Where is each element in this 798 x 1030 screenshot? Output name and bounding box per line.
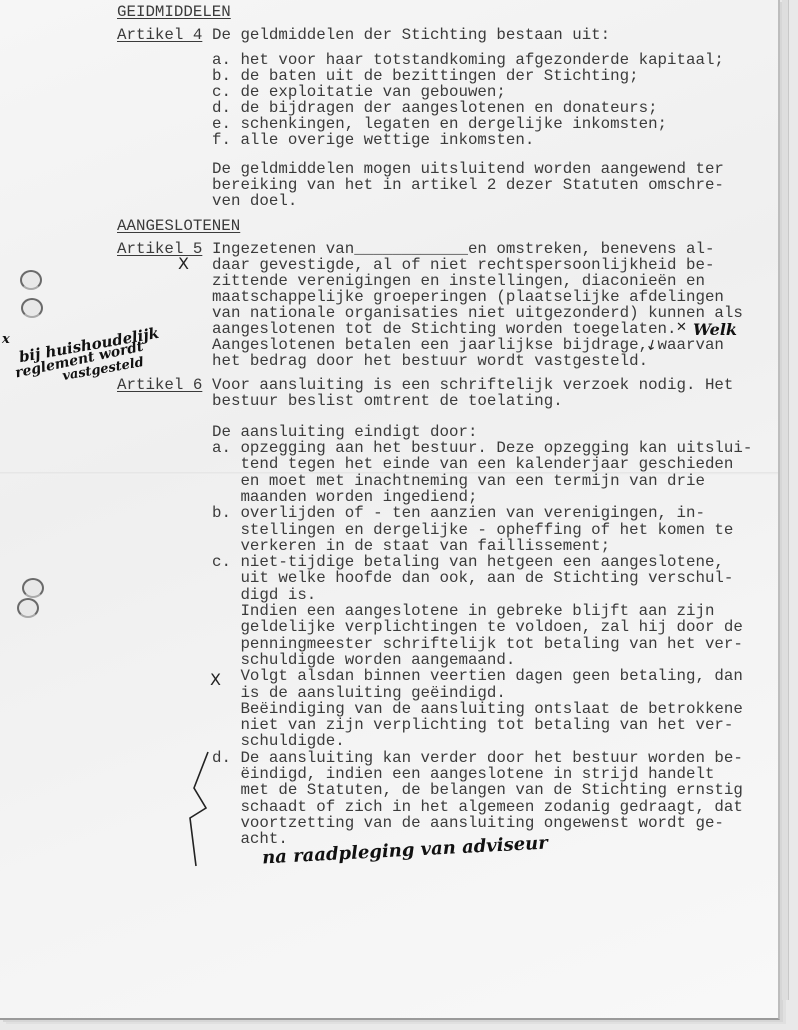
list-item: stellingen en dergelijke - opheffing of … xyxy=(212,522,733,538)
list-item: uit welke hoofde dan ook, aan de Stichti… xyxy=(212,570,733,586)
text-line: ven doel. xyxy=(212,193,297,209)
list-item: tend tegen het einde van een kalenderjaa… xyxy=(212,456,733,472)
handwritten-x-mark: X xyxy=(178,254,189,273)
list-item: c. niet-tijdige betaling van hetgeen een… xyxy=(212,554,724,570)
list-item: d. De aansluiting kan verder door het be… xyxy=(212,750,743,766)
handwritten-margin-x: x xyxy=(2,332,10,347)
handwritten-insert-word: Welk xyxy=(693,320,737,339)
list-item: maanden worden ingediend; xyxy=(212,489,477,505)
punch-hole xyxy=(20,270,42,290)
text-line: De geldmiddelen mogen uitsluitend worden… xyxy=(212,161,724,177)
list-item: a. opzegging aan het bestuur. Deze opzeg… xyxy=(212,440,752,456)
list-item: a. het voor haar totstandkoming afgezond… xyxy=(212,52,724,68)
page-edge xyxy=(782,0,789,1000)
list-item: c. de exploitatie van gebouwen; xyxy=(212,84,506,100)
handwritten-check-mark: X xyxy=(210,670,221,689)
punch-hole xyxy=(22,578,44,598)
list-item: en moet met inachtneming van een termijn… xyxy=(212,473,705,489)
text-line: zittende verenigingen en instellingen, d… xyxy=(212,273,705,289)
list-item: verkeren in de staat van faillissement; xyxy=(212,538,610,554)
list-item: e. schenkingen, legaten en dergelijke in… xyxy=(212,116,667,132)
list-item: Beëindiging van de aansluiting ontslaat … xyxy=(212,701,743,717)
punch-hole xyxy=(21,298,43,318)
list-item: penningmeester schriftelijk tot betaling… xyxy=(212,636,743,652)
list-item: schuldigde worden aangemaand. xyxy=(212,652,515,668)
list-item: Indien een aangeslotene in gebreke blijf… xyxy=(212,603,714,619)
text-line: Voor aansluiting is een schriftelijk ver… xyxy=(212,377,733,393)
punch-hole xyxy=(17,598,39,618)
list-item: f. alle overige wettige inkomsten. xyxy=(212,132,534,148)
section-heading-geldmiddelen: GEIDMIDDELEN xyxy=(117,4,231,20)
handwritten-bracket xyxy=(184,748,214,868)
list-item: d. de bijdragen der aangeslotenen en don… xyxy=(212,100,658,116)
article-6-label: Artikel 6 xyxy=(117,377,202,393)
text-line: maatschappelijke groeperingen (plaatseli… xyxy=(212,289,724,305)
handwritten-insert-mark: ✕ xyxy=(676,320,687,335)
list-item: met de Statuten, de belangen van de Stic… xyxy=(212,782,743,798)
text-line: van nationale organisaties niet uitgezon… xyxy=(212,305,743,321)
text-line: bereiking van het in artikel 2 dezer Sta… xyxy=(212,177,724,193)
list-item: schuldigde. xyxy=(212,733,345,749)
list-item: schaadt of zich in het algemeen zodanig … xyxy=(212,799,743,815)
list-item: niet van zijn verplichting tot betaling … xyxy=(212,717,733,733)
list-item: voortzetting van de aansluiting ongewens… xyxy=(212,815,724,831)
article-4-label: Artikel 4 xyxy=(117,27,202,43)
article-4-intro: De geldmiddelen der Stichting bestaan ui… xyxy=(212,27,610,43)
list-item: digd is. xyxy=(212,587,316,603)
text-line: daar gevestigde, al of niet rechtspersoo… xyxy=(212,257,714,273)
list-item: acht. xyxy=(212,831,288,847)
list-item: geldelijke verplichtingen te voldoen, za… xyxy=(212,619,743,635)
list-item: ëindigd, indien een aangeslotene in stri… xyxy=(212,766,714,782)
text-line: Ingezetenen van____________en omstreken,… xyxy=(212,241,714,257)
article-6-sub-intro: De aansluiting eindigt door: xyxy=(212,424,477,440)
text-line: het bedrag door het bestuur wordt vastge… xyxy=(212,353,648,369)
list-item: is de aansluiting geëindigd. xyxy=(212,685,506,701)
list-item: Volgt alsdan binnen veertien dagen geen … xyxy=(212,668,743,684)
list-item: b. de baten uit de bezittingen der Stich… xyxy=(212,68,639,84)
text-line: bestuur beslist omtrent de toelating. xyxy=(212,393,563,409)
section-heading-aangeslotenen: AANGESLOTENEN xyxy=(117,218,240,234)
article-5-label: Artikel 5 xyxy=(117,241,202,257)
list-item: b. overlijden of - ten aanzien van veren… xyxy=(212,505,705,521)
text-line: aangeslotenen tot de Stichting worden to… xyxy=(212,321,677,337)
